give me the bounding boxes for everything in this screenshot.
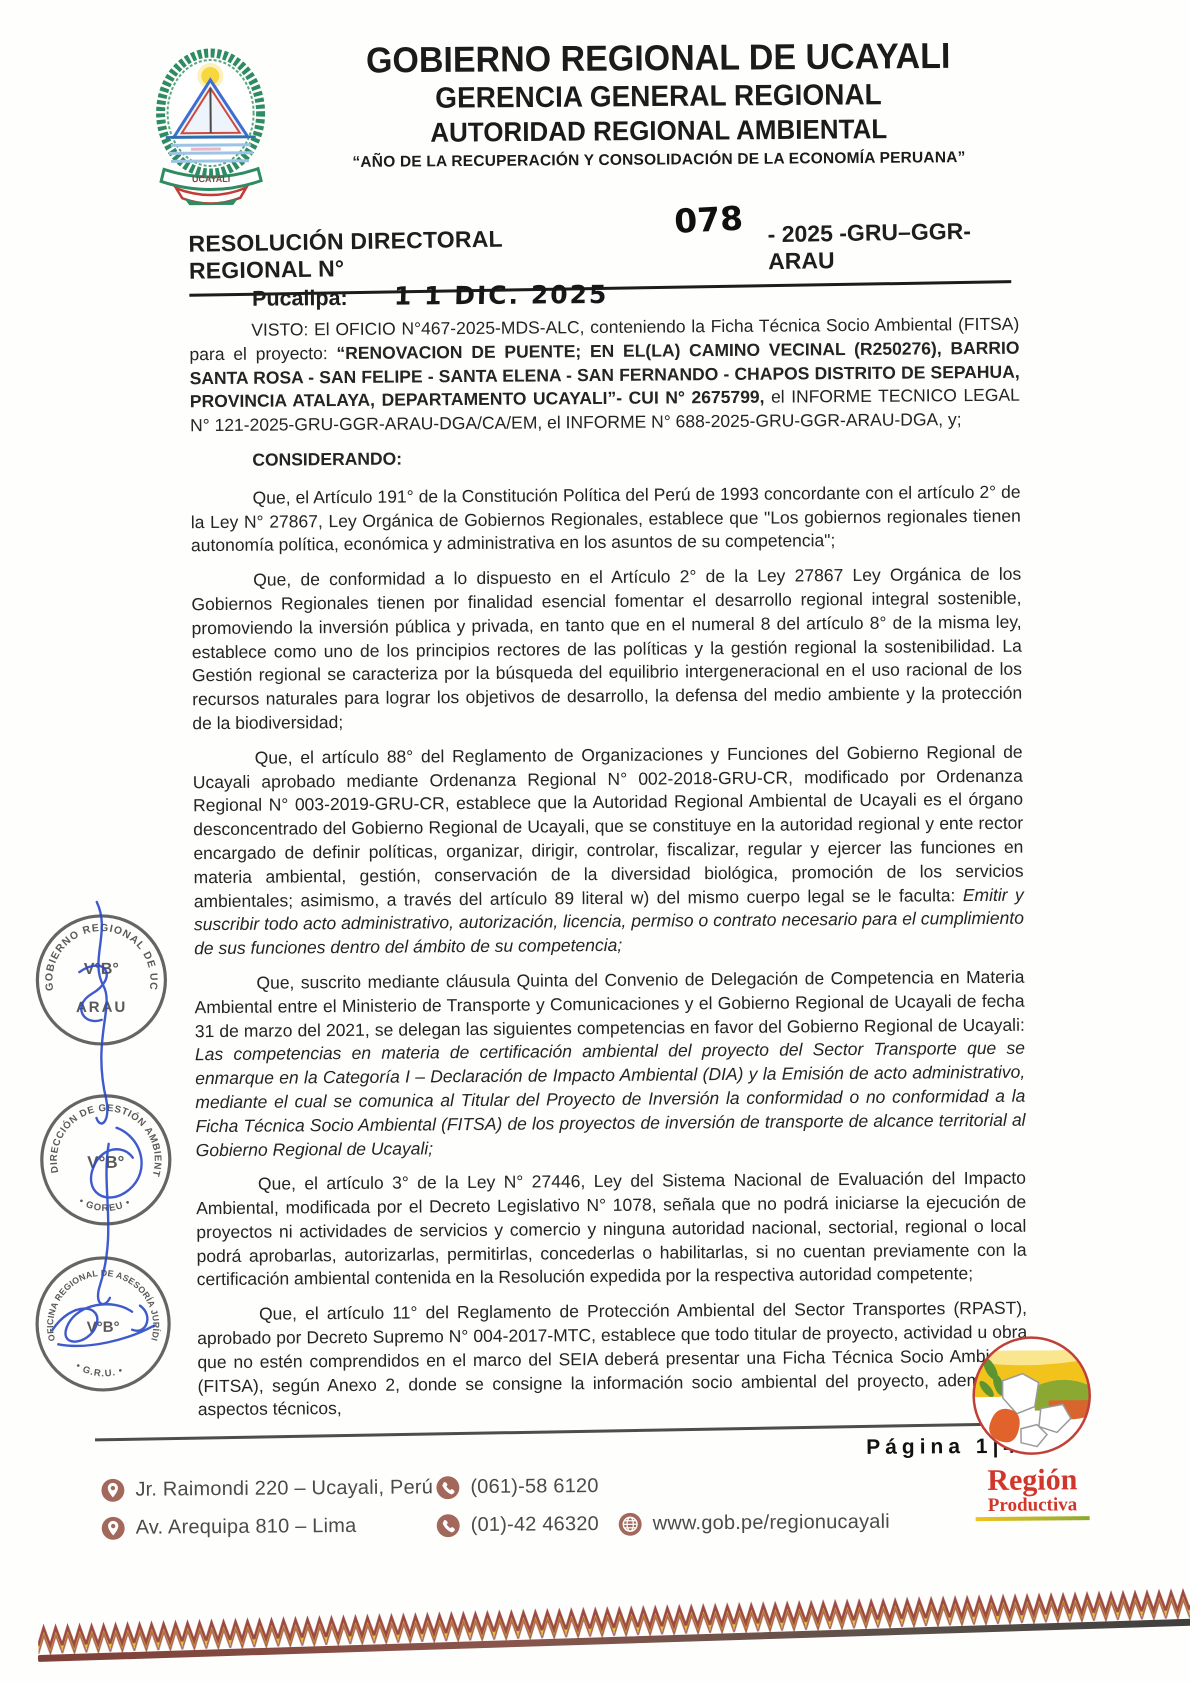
year-motto: “AÑO DE LA RECUPERACIÓN Y CONSOLIDACIÓN … — [263, 148, 1055, 172]
p4-quoted-competencies: Las competencias en materia de certifica… — [195, 1038, 1026, 1160]
considerando-paragraph-5: Que, el artículo 3° de la Ley N° 27446, … — [196, 1167, 1027, 1292]
dateline: Pucallpa: 1 1 DIC. 2025 — [252, 280, 608, 312]
p4-normal: Que, suscrito mediante cláusula Quinta d… — [195, 967, 1025, 1041]
considerando-paragraph-4: Que, suscrito mediante cláusula Quinta d… — [194, 966, 1025, 1163]
date-stamp: 1 1 DIC. 2025 — [393, 280, 608, 311]
phone-text: (01)-42 46320 — [471, 1513, 599, 1537]
considerando-heading: CONSIDERANDO: — [190, 443, 1020, 473]
resolution-suffix: - 2025 -GRU–GGR-ARAU — [767, 217, 1011, 275]
p3-normal: Que, el artículo 88° del Reglamento de O… — [193, 741, 1024, 910]
globe-icon — [618, 1512, 643, 1537]
footer-address-lima: Av. Arequipa 810 – Lima — [101, 1514, 357, 1541]
location-pin-icon — [100, 1478, 125, 1503]
considerando-paragraph-3: Que, el artículo 88° del Reglamento de O… — [193, 740, 1025, 961]
phone-icon — [435, 1475, 460, 1500]
logo-banner-text: UCAYALI — [192, 174, 230, 184]
approval-stamps: GOBIERNO REGIONAL DE UCAYALI V°B° ARAU D… — [17, 889, 205, 1410]
region-productiva-emblem — [968, 1332, 1095, 1459]
considerando-paragraph-6: Que, el artículo 11° del Reglamento de P… — [197, 1297, 1028, 1422]
visto-paragraph: VISTO: El OFICIO N°467-2025-MDS-ALC, con… — [189, 313, 1020, 438]
letterhead: GOBIERNO REGIONAL DE UCAYALI GERENCIA GE… — [262, 36, 1055, 172]
website-text: www.gob.pe/regionucayali — [653, 1511, 890, 1536]
brand-subtitle: Productiva — [967, 1495, 1097, 1516]
document-page: UCAYALI GOBIERNO REGIONAL DE UCAYALI GER… — [0, 0, 1190, 1683]
org-unit-1: GERENCIA GENERAL REGIONAL — [262, 77, 1054, 117]
ucayali-coat-of-arms-logo: UCAYALI — [144, 45, 277, 206]
footer-website: www.gob.pe/regionucayali — [618, 1510, 890, 1537]
city-label: Pucallpa: — [252, 286, 348, 312]
considerando-paragraph-2: Que, de conformidad a lo dispuesto en el… — [191, 563, 1022, 736]
svg-text:• G.R.U. •: • G.R.U. • — [73, 1360, 125, 1380]
footer-phone-lima: (01)-42 46320 — [436, 1512, 599, 1538]
resolution-number-stamp: 078 — [674, 198, 745, 240]
phone-icon — [436, 1513, 461, 1538]
phone-text: (061)-58 6120 — [470, 1475, 598, 1499]
address-text: Av. Arequipa 810 – Lima — [136, 1515, 357, 1540]
org-name: GOBIERNO REGIONAL DE UCAYALI — [262, 35, 1054, 83]
scanned-content: UCAYALI GOBIERNO REGIONAL DE UCAYALI GER… — [0, 0, 1190, 1683]
location-pin-icon — [101, 1516, 126, 1541]
brand-name: Región — [967, 1465, 1097, 1496]
brand-underline — [976, 1516, 1090, 1521]
footer-phone-ucayali: (061)-58 6120 — [435, 1474, 598, 1500]
document-body: VISTO: El OFICIO N°467-2025-MDS-ALC, con… — [189, 313, 1028, 1434]
org-unit-2: AUTORIDAD REGIONAL AMBIENTAL — [263, 112, 1055, 151]
stamp-oraj-bottom-text: • G.R.U. • — [73, 1360, 125, 1380]
resolution-label: RESOLUCIÓN DIRECTORAL REGIONAL N° — [188, 224, 617, 285]
region-productiva-logo: Región Productiva — [966, 1332, 1097, 1521]
address-text: Jr. Raimondi 220 – Ucayali, Perú — [135, 1476, 433, 1501]
considerando-paragraph-1: Que, el Artículo 191° de la Constitución… — [191, 480, 1022, 558]
footer-address-ucayali: Jr. Raimondi 220 – Ucayali, Perú — [100, 1475, 433, 1503]
stamp-arau-vobo: V°B° — [84, 961, 119, 978]
